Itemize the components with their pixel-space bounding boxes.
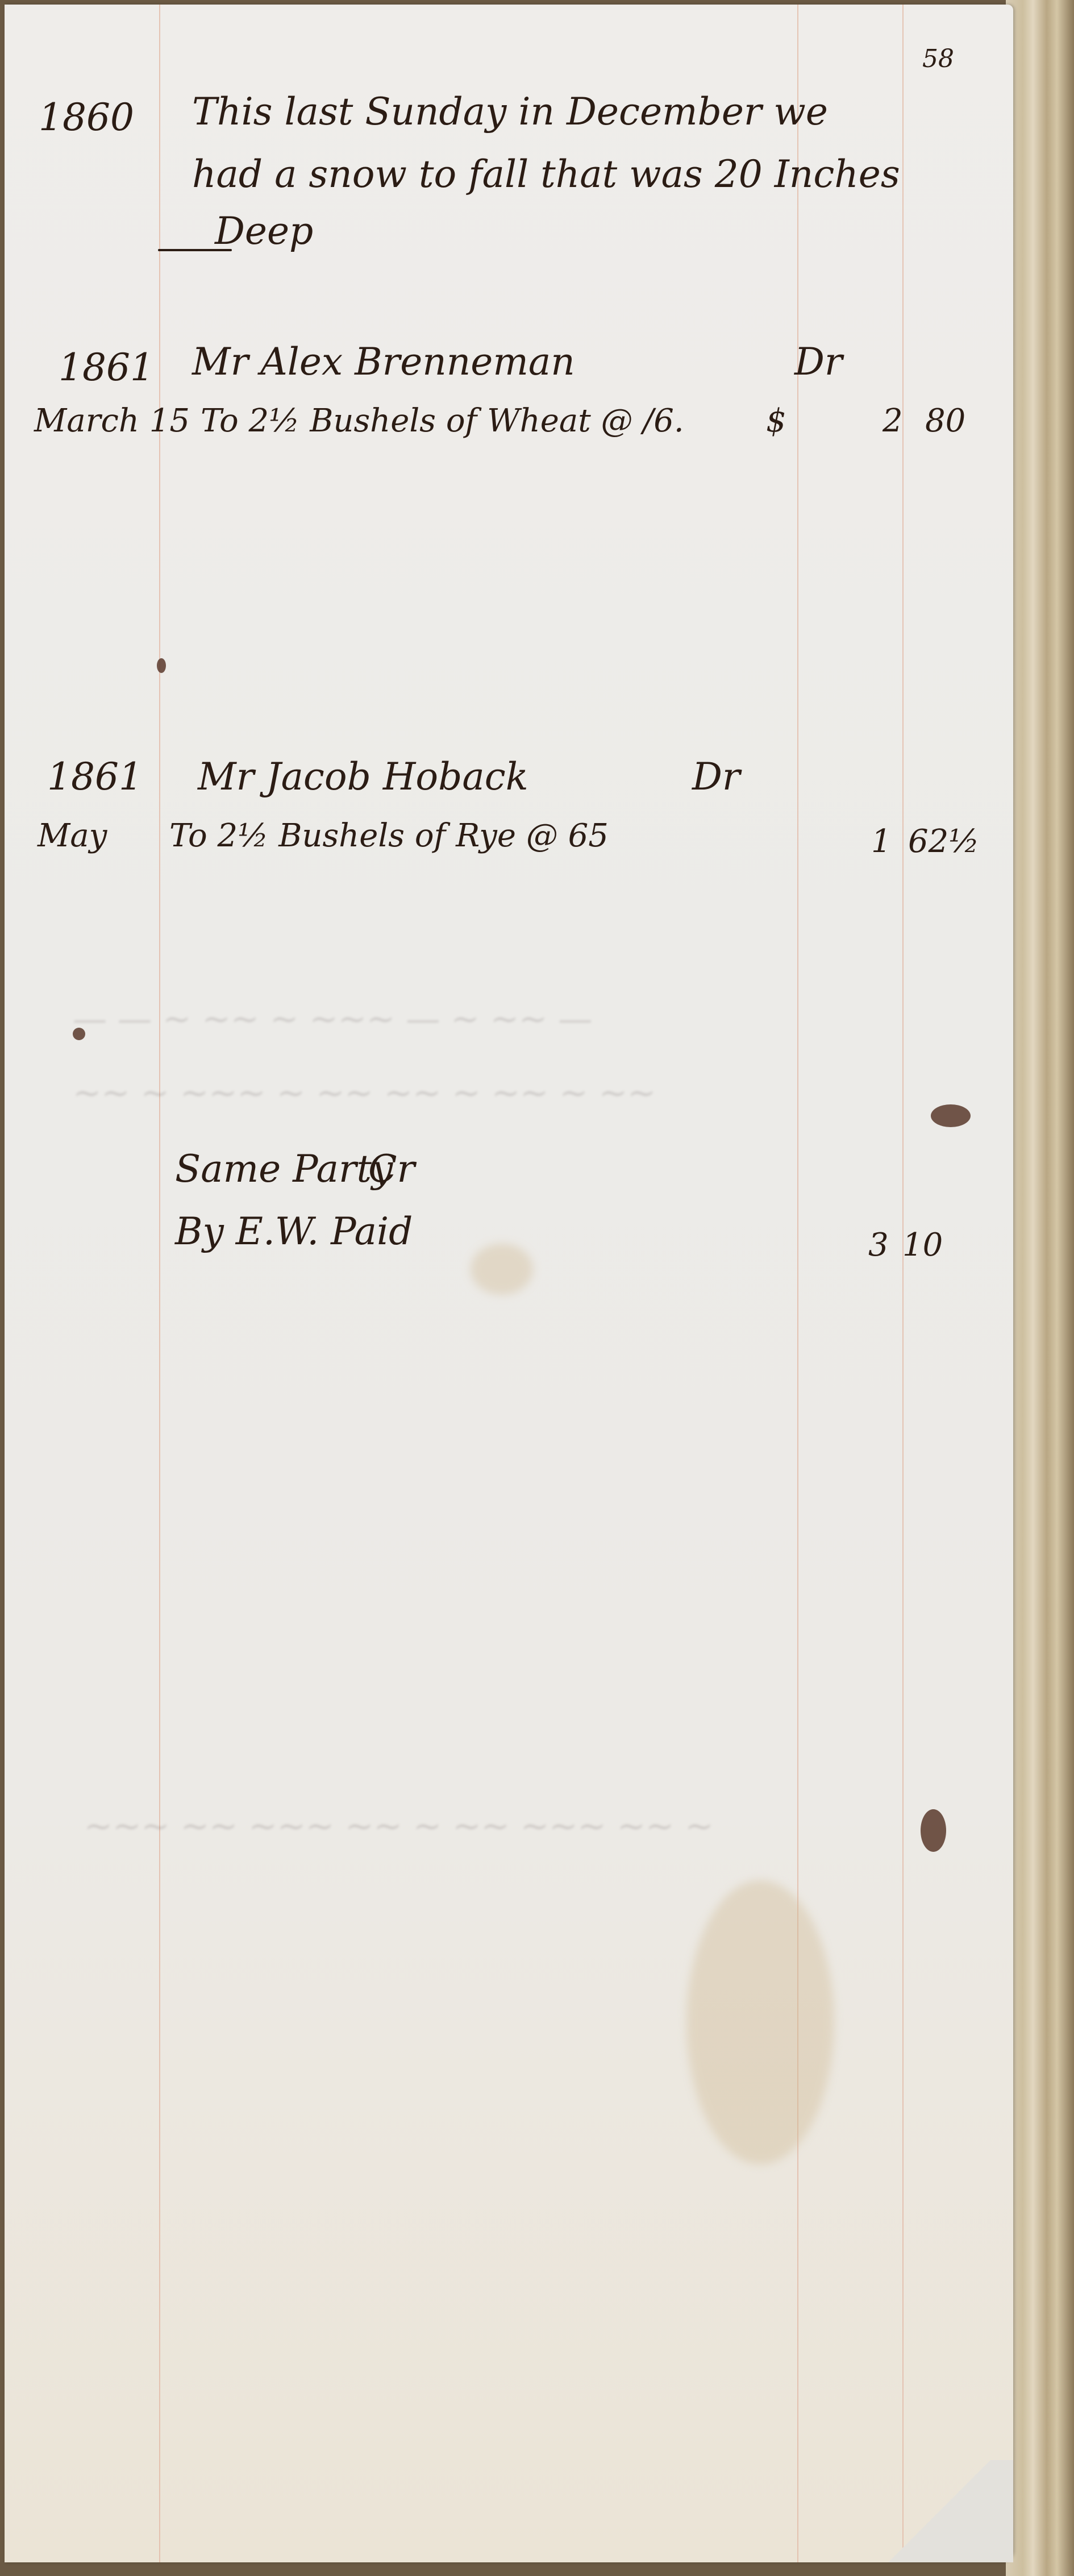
ink-blot bbox=[931, 1104, 971, 1127]
entry-1-side: Dr bbox=[794, 340, 842, 384]
ledger-page: — — ~ ~~ ~ ~~~ — ~ ~~ — ~~ ~ ~~~ ~ ~~ ~~… bbox=[5, 5, 1013, 2562]
entry-1-year: 1861 bbox=[59, 346, 154, 389]
cents-column-rule bbox=[902, 5, 904, 2562]
bleed-through-text: — — ~ ~~ ~ ~~~ — ~ ~~ — bbox=[73, 999, 592, 1039]
entry-2-dollars: 1 bbox=[871, 823, 892, 860]
bleed-through-text: ~~ ~ ~~~ ~ ~~ ~~ ~ ~~ ~ ~~ bbox=[73, 1073, 656, 1113]
entry-1-description: To 2½ Bushels of Wheat @ /6. bbox=[201, 402, 684, 439]
entry-2-year: 1861 bbox=[47, 755, 143, 799]
entry-2-cents: 62½ bbox=[908, 823, 980, 860]
water-stain bbox=[471, 1244, 533, 1295]
ink-blot bbox=[157, 658, 166, 673]
entry-1-currency: $ bbox=[766, 402, 786, 439]
entry-1-dollars: 2 bbox=[882, 402, 903, 439]
note-year: 1860 bbox=[39, 95, 134, 139]
entry-2-date: May bbox=[38, 817, 107, 854]
entry-1-date: March 15 bbox=[34, 402, 190, 439]
entry-3-account: Same Party bbox=[175, 1147, 393, 1191]
page-number: 58 bbox=[922, 44, 954, 73]
entry-3-cents: 10 bbox=[902, 1227, 943, 1264]
note-line-1: This last Sunday in December we bbox=[192, 90, 828, 134]
note-line-3: Deep bbox=[215, 209, 313, 253]
entry-1-cents: 80 bbox=[925, 402, 965, 439]
entry-3-side: Cr bbox=[368, 1147, 415, 1191]
entry-2-description: To 2½ Bushels of Rye @ 65 bbox=[169, 817, 609, 854]
entry-1-account: Mr Alex Brenneman bbox=[192, 340, 575, 384]
bleed-through-text: ~~~ ~~ ~~~ ~~ ~ ~~ ~~~ ~~ ~ bbox=[84, 1806, 714, 1846]
ink-blot bbox=[921, 1809, 946, 1852]
note-line-2: had a snow to fall that was 20 Inches bbox=[192, 152, 900, 196]
note-flourish bbox=[158, 249, 232, 251]
entry-3-dollars: 3 bbox=[868, 1227, 889, 1264]
book-edge bbox=[1006, 0, 1074, 2576]
left-margin-rule bbox=[159, 5, 160, 2562]
entry-3-description: By E.W. Paid bbox=[175, 1210, 413, 1253]
entry-2-side: Dr bbox=[692, 755, 740, 799]
water-stain bbox=[686, 1880, 834, 2164]
entry-2-account: Mr Jacob Hoback bbox=[198, 755, 528, 799]
dollars-column-rule bbox=[797, 5, 798, 2562]
